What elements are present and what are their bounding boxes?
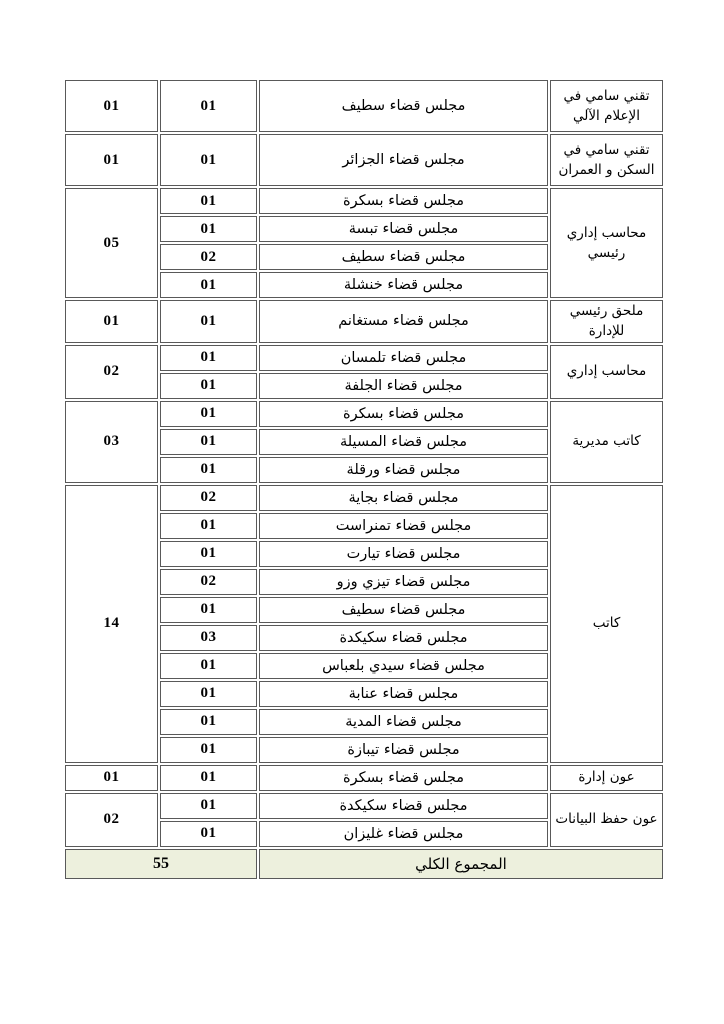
count-cell: 01 (160, 653, 257, 679)
job-title-cell: تقني سامي في السكن و العمران (550, 134, 663, 186)
court-cell: مجلس قضاء بسكرة (259, 401, 548, 427)
document-page: تقني سامي في الإعلام الآليمجلس قضاء سطيف… (0, 0, 724, 1024)
count-cell: 01 (160, 188, 257, 214)
table-row: محاسب إداريمجلس قضاء تلمسان0102 (65, 345, 663, 371)
count-cell: 01 (160, 765, 257, 791)
count-cell: 01 (160, 134, 257, 186)
group-total-cell: 01 (65, 765, 158, 791)
court-cell: مجلس قضاء تيبازة (259, 737, 548, 763)
count-cell: 01 (160, 513, 257, 539)
count-cell: 01 (160, 373, 257, 399)
court-cell: مجلس قضاء سكيكدة (259, 793, 548, 819)
count-cell: 01 (160, 709, 257, 735)
court-cell: مجلس قضاء سطيف (259, 597, 548, 623)
count-cell: 01 (160, 345, 257, 371)
court-cell: مجلس قضاء عنابة (259, 681, 548, 707)
count-cell: 01 (160, 821, 257, 847)
court-cell: مجلس قضاء الجلفة (259, 373, 548, 399)
group-total-cell: 14 (65, 485, 158, 763)
court-cell: مجلس قضاء المسيلة (259, 429, 548, 455)
job-title-cell: كاتب (550, 485, 663, 763)
table-row: كاتبمجلس قضاء بجاية0214 (65, 485, 663, 511)
group-total-cell: 01 (65, 134, 158, 186)
staff-allocation-table: تقني سامي في الإعلام الآليمجلس قضاء سطيف… (63, 78, 665, 881)
group-total-cell: 02 (65, 345, 158, 399)
group-total-cell: 01 (65, 80, 158, 132)
job-title-cell: كاتب مديرية (550, 401, 663, 483)
group-total-cell: 03 (65, 401, 158, 483)
group-total-cell: 01 (65, 300, 158, 343)
court-cell: مجلس قضاء سطيف (259, 244, 548, 270)
group-total-cell: 02 (65, 793, 158, 847)
table-row: عون إدارةمجلس قضاء بسكرة0101 (65, 765, 663, 791)
grand-total-row: المجموع الكلي 55 (65, 849, 663, 879)
court-cell: مجلس قضاء تيارت (259, 541, 548, 567)
court-cell: مجلس قضاء تبسة (259, 216, 548, 242)
count-cell: 02 (160, 485, 257, 511)
court-cell: مجلس قضاء الجزائر (259, 134, 548, 186)
job-title-cell: محاسب إداري (550, 345, 663, 399)
table-row: ملحق رئيسي للإدارةمجلس قضاء مستغانم0101 (65, 300, 663, 343)
table-row: تقني سامي في الإعلام الآليمجلس قضاء سطيف… (65, 80, 663, 132)
count-cell: 01 (160, 429, 257, 455)
count-cell: 01 (160, 216, 257, 242)
count-cell: 01 (160, 597, 257, 623)
count-cell: 01 (160, 401, 257, 427)
court-cell: مجلس قضاء تمنراست (259, 513, 548, 539)
court-cell: مجلس قضاء بسكرة (259, 765, 548, 791)
court-cell: مجلس قضاء سيدي بلعباس (259, 653, 548, 679)
count-cell: 01 (160, 541, 257, 567)
court-cell: مجلس قضاء سطيف (259, 80, 548, 132)
table-body: تقني سامي في الإعلام الآليمجلس قضاء سطيف… (65, 80, 663, 847)
count-cell: 01 (160, 272, 257, 298)
grand-total-label: المجموع الكلي (259, 849, 663, 879)
grand-total-value: 55 (65, 849, 257, 879)
job-title-cell: ملحق رئيسي للإدارة (550, 300, 663, 343)
court-cell: مجلس قضاء سكيكدة (259, 625, 548, 651)
count-cell: 01 (160, 300, 257, 343)
job-title-cell: محاسب إداري رئيسي (550, 188, 663, 298)
job-title-cell: تقني سامي في الإعلام الآلي (550, 80, 663, 132)
table-row: تقني سامي في السكن و العمرانمجلس قضاء ال… (65, 134, 663, 186)
count-cell: 02 (160, 244, 257, 270)
court-cell: مجلس قضاء المدية (259, 709, 548, 735)
court-cell: مجلس قضاء بسكرة (259, 188, 548, 214)
court-cell: مجلس قضاء تلمسان (259, 345, 548, 371)
table-footer: المجموع الكلي 55 (65, 849, 663, 879)
court-cell: مجلس قضاء ورقلة (259, 457, 548, 483)
court-cell: مجلس قضاء تيزي وزو (259, 569, 548, 595)
group-total-cell: 05 (65, 188, 158, 298)
court-cell: مجلس قضاء غليزان (259, 821, 548, 847)
count-cell: 01 (160, 681, 257, 707)
table-row: عون حفظ البياناتمجلس قضاء سكيكدة0102 (65, 793, 663, 819)
count-cell: 01 (160, 793, 257, 819)
count-cell: 02 (160, 569, 257, 595)
count-cell: 01 (160, 80, 257, 132)
count-cell: 03 (160, 625, 257, 651)
count-cell: 01 (160, 457, 257, 483)
job-title-cell: عون حفظ البيانات (550, 793, 663, 847)
court-cell: مجلس قضاء بجاية (259, 485, 548, 511)
count-cell: 01 (160, 737, 257, 763)
job-title-cell: عون إدارة (550, 765, 663, 791)
table-row: كاتب مديريةمجلس قضاء بسكرة0103 (65, 401, 663, 427)
court-cell: مجلس قضاء خنشلة (259, 272, 548, 298)
table-row: محاسب إداري رئيسيمجلس قضاء بسكرة0105 (65, 188, 663, 214)
court-cell: مجلس قضاء مستغانم (259, 300, 548, 343)
